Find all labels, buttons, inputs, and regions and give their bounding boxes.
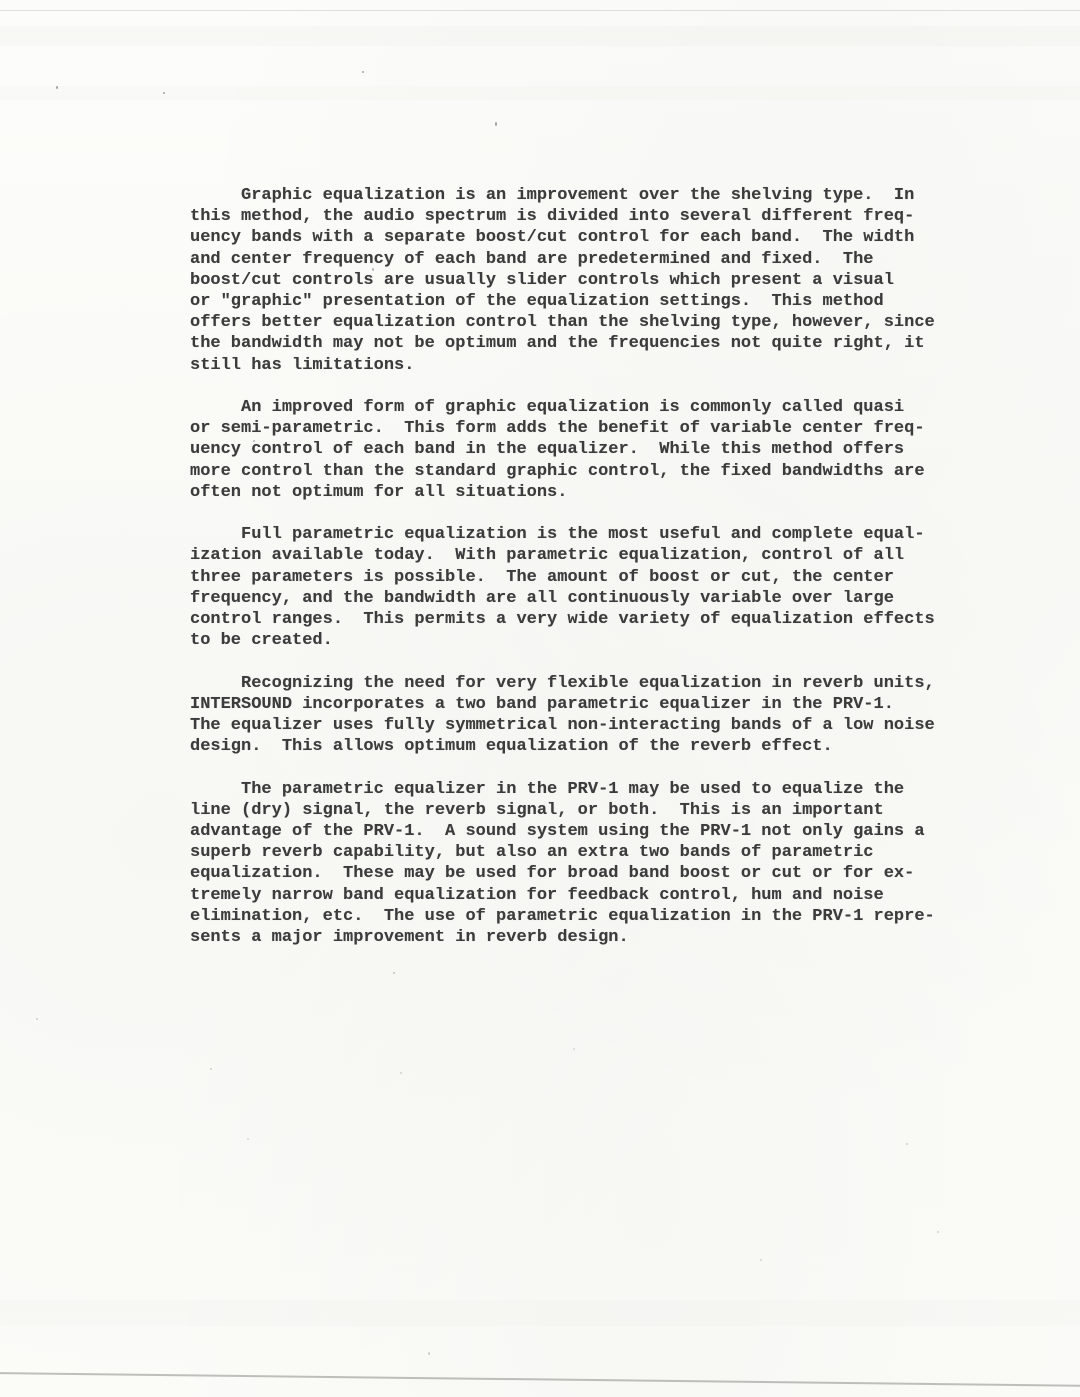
text-line: equalization. These may be used for broa…	[190, 863, 980, 884]
text-line: or semi-parametric. This form adds the b…	[190, 418, 980, 439]
scan-speck	[428, 1352, 430, 1355]
text-line: this method, the audio spectrum is divid…	[190, 206, 980, 227]
typed-text: Graphic equalization is an improvement o…	[190, 185, 980, 969]
text-line: design. This allows optimum equalization…	[190, 736, 980, 757]
text-line: still has limitations.	[190, 355, 980, 376]
text-line: the bandwidth may not be optimum and the…	[190, 333, 980, 354]
text-line: Full parametric equalization is the most…	[190, 524, 980, 545]
paragraph: Graphic equalization is an improvement o…	[190, 185, 980, 376]
text-line: The equalizer uses fully symmetrical non…	[190, 715, 980, 736]
text-line: Recognizing the need for very flexible e…	[190, 673, 980, 694]
scan-speck	[163, 92, 165, 94]
scan-speck	[210, 1068, 212, 1070]
text-line: The parametric equalizer in the PRV-1 ma…	[190, 779, 980, 800]
text-line: control ranges. This permits a very wide…	[190, 609, 980, 630]
scan-speck	[393, 972, 395, 974]
text-line: sents a major improvement in reverb desi…	[190, 927, 980, 948]
text-line: three parameters is possible. The amount…	[190, 567, 980, 588]
text-line: An improved form of graphic equalization…	[190, 397, 980, 418]
scanned-document-page: Graphic equalization is an improvement o…	[0, 0, 1080, 1397]
scan-speck	[400, 1072, 402, 1074]
paragraph: Full parametric equalization is the most…	[190, 524, 980, 651]
paragraph: Recognizing the need for very flexible e…	[190, 673, 980, 758]
scan-speck	[36, 1018, 38, 1020]
scanner-artifact-band	[0, 86, 1080, 100]
text-line: advantage of the PRV-1. A sound system u…	[190, 821, 980, 842]
text-line: or "graphic" presentation of the equaliz…	[190, 291, 980, 312]
text-line: line (dry) signal, the reverb signal, or…	[190, 800, 980, 821]
text-line: uency control of each band in the equali…	[190, 439, 980, 460]
text-line: INTERSOUND incorporates a two band param…	[190, 694, 980, 715]
scan-speck	[573, 1048, 575, 1050]
text-line: to be created.	[190, 630, 980, 651]
text-line: and center frequency of each band are pr…	[190, 249, 980, 270]
scanner-artifact-band	[0, 1300, 1080, 1326]
text-line: elimination, etc. The use of parametric …	[190, 906, 980, 927]
scanner-artifact-band	[0, 26, 1080, 46]
scan-speck	[495, 122, 497, 126]
text-line: often not optimum for all situations.	[190, 482, 980, 503]
scan-speck	[247, 1138, 249, 1140]
text-line: more control than the standard graphic c…	[190, 461, 980, 482]
text-line: superb reverb capability, but also an ex…	[190, 842, 980, 863]
scan-speck	[56, 86, 58, 89]
paragraph: An improved form of graphic equalization…	[190, 397, 980, 503]
text-line: boost/cut controls are usually slider co…	[190, 270, 980, 291]
text-line: offers better equalization control than …	[190, 312, 980, 333]
scan-speck	[760, 1259, 762, 1261]
scan-speck	[937, 1231, 939, 1233]
text-line: ization available today. With parametric…	[190, 545, 980, 566]
text-line: frequency, and the bandwidth are all con…	[190, 588, 980, 609]
scan-speck	[362, 71, 364, 73]
paragraph: The parametric equalizer in the PRV-1 ma…	[190, 779, 980, 949]
text-line: uency bands with a separate boost/cut co…	[190, 227, 980, 248]
scan-speck	[906, 1143, 908, 1145]
page-bottom-edge-line	[0, 1372, 1080, 1387]
text-line: tremely narrow band equalization for fee…	[190, 885, 980, 906]
text-line: Graphic equalization is an improvement o…	[190, 185, 980, 206]
top-edge-line	[0, 10, 1080, 11]
